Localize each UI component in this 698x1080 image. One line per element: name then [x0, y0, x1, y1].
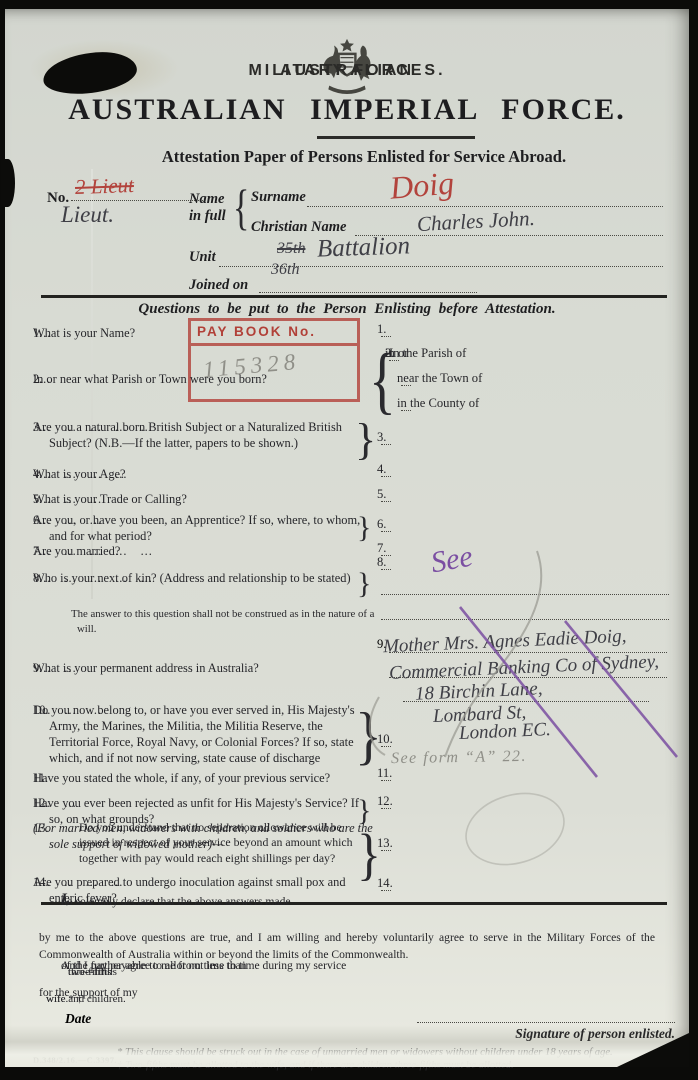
dotted-line	[381, 619, 669, 620]
answer-3: 3.	[377, 429, 673, 445]
in-or-label: in or	[385, 346, 408, 361]
name-label-line1: Name	[189, 191, 224, 208]
question-text: Have you stated the whole, if any, of yo…	[49, 770, 330, 786]
dotted-line	[381, 794, 391, 809]
stamp-label: PAY BOOK No.	[191, 321, 357, 346]
brace: {	[233, 185, 249, 234]
dot-leaders: ... ... ... ... ...	[55, 419, 153, 435]
dotted-line	[401, 371, 411, 386]
question-text: What is your permanent address in Austra…	[49, 660, 259, 676]
question-text: In or near what Parish or Town were you …	[49, 371, 267, 387]
title-rule	[317, 136, 475, 139]
question-13: 13.(For married men, widowers with child…	[49, 820, 373, 866]
brace: }	[357, 569, 371, 599]
dot-leaders: ... ...	[55, 660, 77, 676]
answer-11: 11.	[377, 765, 673, 781]
brace: }	[357, 513, 371, 543]
dot-leaders: ... ... ... ... ...	[55, 570, 153, 586]
page-subtitle: Attestation Paper of Persons Enlisted fo…	[5, 147, 689, 167]
dot-leaders: ... ... ... ...	[55, 466, 127, 482]
christian-name-handwriting: Charles John.	[416, 206, 535, 237]
answer-1: 1.	[377, 321, 673, 337]
answer-14: 14.	[377, 875, 673, 891]
dotted-line	[259, 292, 477, 293]
questions-heading: Questions to be put to the Person Enlist…	[5, 301, 689, 318]
dotted-line	[381, 732, 391, 747]
dotted-line	[381, 517, 391, 532]
unit-handwriting: Battalion	[317, 232, 411, 263]
answer-2-county: in the County of	[397, 395, 673, 411]
military-forces-header: AUSTRALIAN MILITARY FORCES.	[5, 47, 689, 95]
answer-8: 8.	[377, 554, 673, 570]
dotted-line	[381, 876, 391, 891]
dotted-line	[71, 200, 203, 201]
answer-13: 13.	[377, 835, 673, 851]
question-text: What is your Name?	[49, 325, 135, 341]
page-title: AUSTRALIAN IMPERIAL FORCE.	[5, 93, 689, 127]
answer-2-town: near the Town of	[397, 370, 673, 386]
declaration-tail: do solemnly declare that the above answe…	[61, 894, 291, 911]
dot-leaders: ... ... ...	[55, 512, 102, 528]
dot-leaders: ... .. ... ...	[55, 874, 123, 890]
scanned-attestation-document: { "header": { "left": "AUSTRALIAN", "rig…	[0, 0, 698, 1080]
rank-handwriting: Lieut.	[61, 202, 114, 228]
name-label-line2: in full	[189, 208, 226, 225]
wife-children-option: wife and children.	[46, 993, 126, 1006]
dotted-line	[381, 462, 391, 477]
question-8-note: The answer to this question shall not be…	[63, 607, 377, 636]
dotted-line	[381, 836, 391, 851]
answer-8-handwriting: See	[428, 540, 475, 581]
section-rule	[41, 295, 667, 298]
answer-5: 5.	[377, 486, 673, 502]
answer-4: 4.	[377, 461, 673, 477]
answer-6: 6.	[377, 516, 673, 532]
unit-label: Unit	[189, 249, 216, 266]
answer-12: 12.	[377, 793, 673, 809]
dot-leaders: ... ... ... ... ...	[55, 543, 153, 559]
dotted-line	[381, 555, 391, 570]
dot-leaders: ... ... ...	[55, 491, 102, 507]
dotted-line	[381, 766, 391, 781]
answer-2-parish: 2. In the Parish of in or	[385, 345, 673, 361]
unit-crossed-handwriting: 35th	[277, 240, 305, 258]
paper-crumple-edge	[5, 1025, 689, 1067]
rank-crossed-handwriting: 2 Lieut	[75, 173, 135, 200]
answer-10: 10.	[377, 731, 673, 747]
joined-on-label: Joined on	[189, 277, 248, 294]
signature-line	[417, 1022, 675, 1023]
christian-name-label: Christian Name	[251, 219, 346, 236]
dotted-line	[381, 322, 391, 337]
surname-handwriting: Doig	[389, 164, 456, 206]
dotted-line	[381, 487, 391, 502]
question-text: (For married men, widowers with children…	[49, 820, 373, 852]
surname-label: Surname	[251, 189, 306, 206]
dotted-line	[401, 396, 411, 411]
allotment-text-2: of the pay payable to me from time to ti…	[61, 958, 346, 975]
dotted-line	[381, 594, 669, 595]
header-right-text: MILITARY FORCES.	[248, 62, 445, 80]
brace: }	[355, 418, 376, 462]
unit-corrected-handwriting: 36th	[271, 261, 299, 279]
dot-leaders: ... ...	[55, 795, 77, 811]
attestation-paper: AUSTRALIAN MILITARY FORCES. AUSTRALIAN I…	[5, 9, 689, 1067]
dotted-line	[307, 206, 663, 207]
dotted-line	[381, 430, 391, 445]
pay-book-stamp: PAY BOOK No. 115328	[188, 318, 360, 402]
dot-leaders: ... ... ...	[55, 702, 102, 718]
